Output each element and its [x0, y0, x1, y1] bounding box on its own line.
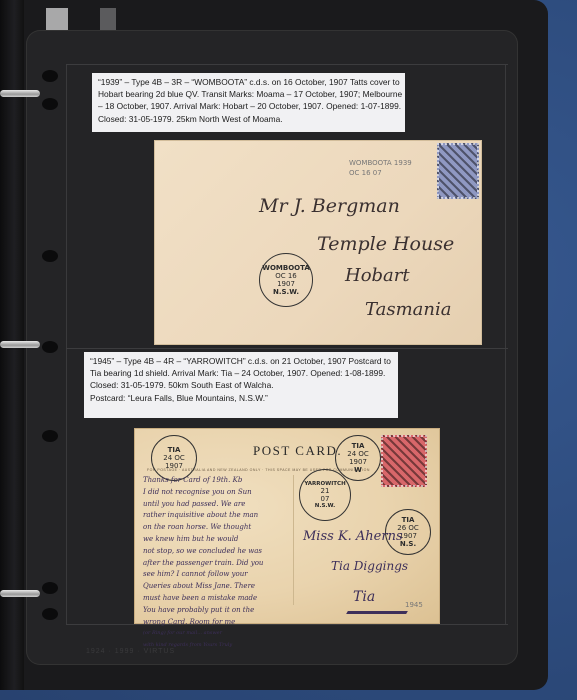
caption-line: – 18 October, 1907. Arrival Mark: Hobart… [98, 100, 399, 112]
punch-hole [42, 70, 58, 82]
address-line: Tia Diggings [331, 559, 408, 573]
binder-ring [0, 90, 40, 97]
yarrowitch-postmark: YARROWITCH 21 07 N.S.W. [299, 469, 351, 521]
stamp-2d-blue-qv [437, 143, 479, 199]
caption-line: Tia bearing 1d shield. Arrival Mark: Tia… [90, 367, 392, 379]
punch-hole [42, 341, 58, 353]
punch-hole [42, 250, 58, 262]
punch-hole [42, 430, 58, 442]
caption-line: Hobart bearing 2d blue QV. Transit Marks… [98, 88, 399, 100]
womboota-postmark: WOMBOOTA OC 16 1907 N.S.W. [259, 253, 313, 307]
strip-divider [66, 348, 508, 349]
binder-ring [0, 341, 40, 348]
page-tab [46, 8, 68, 30]
caption-card-1945: “1945” – Type 4B – 4R – “YARROWITCH” c.d… [84, 352, 398, 418]
address-line: Tasmania [365, 299, 451, 320]
page-tab [100, 8, 116, 30]
caption-line: Closed: 31-05-1979. 25km North West of M… [98, 113, 399, 125]
address-line: Mr J. Bergman [259, 195, 400, 217]
stamp-1d-shield [381, 435, 427, 487]
postcard-divider [293, 475, 294, 605]
tia-transit-postmark: TIA 24 OC 1907 W [335, 435, 381, 481]
address-line: Tia [353, 589, 375, 605]
punch-hole [42, 608, 58, 620]
womboota-cover: WOMBOOTA 1939 OC 16 07 Mr J. Bergman Tem… [154, 140, 482, 345]
address-line: Miss K. Aherns [303, 529, 403, 544]
pencil-note: WOMBOOTA 1939 [349, 159, 412, 167]
punch-hole [42, 582, 58, 594]
postcard-heading: POST CARD. [253, 443, 342, 459]
caption-line: Postcard: “Leura Falls, Blue Mountains, … [90, 392, 392, 404]
address-line: Hobart [345, 265, 410, 286]
address-underline [346, 611, 408, 614]
binder-ring [0, 590, 40, 597]
address-line: Temple House [317, 233, 454, 255]
caption-line: “1939” – Type 4B – 3R – “WOMBOOTA” c.d.s… [98, 76, 399, 88]
caption-line: Closed: 31-05-1979. 50km South East of W… [90, 379, 392, 391]
punch-hole [42, 98, 58, 110]
caption-card-1939: “1939” – Type 4B – 3R – “WOMBOOTA” c.d.s… [92, 73, 405, 132]
pencil-note: OC 16 07 [349, 169, 382, 177]
caption-line: “1945” – Type 4B – 4R – “YARROWITCH” c.d… [90, 355, 392, 367]
pencil-note: 1945 [405, 601, 423, 609]
postcard-message: Thanks for Card of 19th. Kb I did not re… [143, 475, 293, 652]
yarrowitch-postcard: POST CARD. FOR POSTAGE · AUSTRALIA AND N… [134, 428, 440, 624]
strip-divider [66, 64, 508, 65]
